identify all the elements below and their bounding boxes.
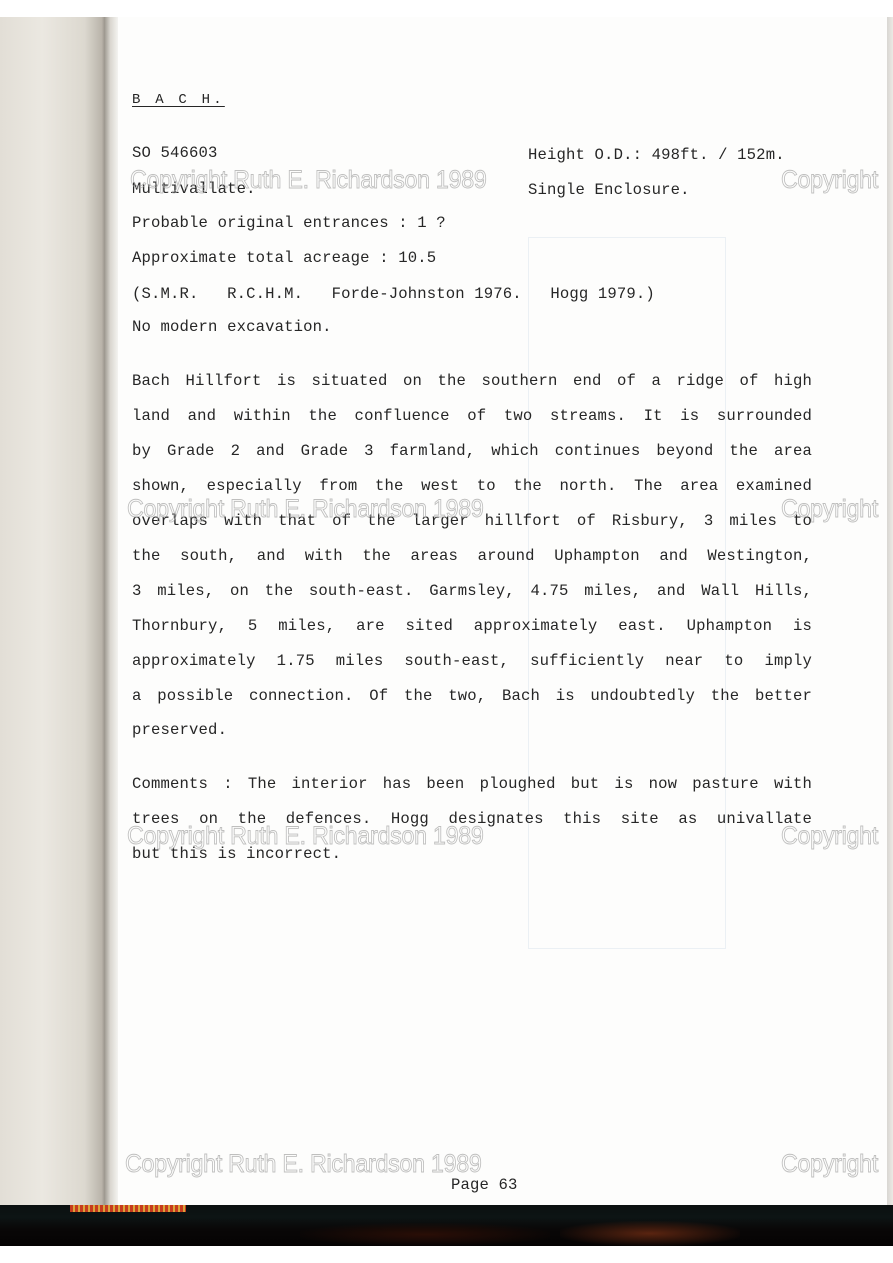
enclosure-type: Single Enclosure.: [528, 181, 690, 199]
description-line: Bach Hillfort is situated on the souther…: [132, 372, 812, 390]
grid-reference: SO 546603: [132, 144, 218, 162]
description-line: 3 miles, on the south-east. Garmsley, 4.…: [132, 582, 812, 600]
excavation-status: No modern excavation.: [132, 318, 332, 336]
height-od: Height O.D.: 498ft. / 152m.: [528, 146, 785, 164]
comments-line: Comments : The interior has been ploughe…: [132, 775, 812, 793]
copyright-watermark-partial: Copyright: [781, 495, 878, 524]
copyright-watermark: Copyright Ruth E. Richardson 1989: [127, 822, 484, 851]
acreage: Approximate total acreage : 10.5: [132, 249, 436, 267]
description-line: shown, especially from the west to the n…: [132, 477, 812, 495]
description-line: land and within the confluence of two st…: [132, 407, 812, 425]
description-line: the south, and with the areas around Uph…: [132, 547, 812, 565]
copyright-watermark-partial: Copyright: [781, 166, 878, 195]
site-title: B A C H.: [132, 92, 225, 108]
description-line: a possible connection. Of the two, Bach …: [132, 687, 812, 705]
references: (S.M.R. R.C.H.M. Forde-Johnston 1976. Ho…: [132, 285, 655, 303]
description-line: approximately 1.75 miles south-east, suf…: [132, 652, 812, 670]
copyright-watermark-partial: Copyright: [781, 822, 878, 851]
copyright-watermark: Copyright Ruth E. Richardson 1989: [130, 166, 487, 195]
description-line: preserved.: [132, 721, 812, 739]
document-page: B A C H. SO 546603 Height O.D.: 498ft. /…: [0, 0, 893, 1263]
entrances: Probable original entrances : 1 ?: [132, 214, 446, 232]
copyright-watermark: Copyright Ruth E. Richardson 1989: [127, 495, 484, 524]
copyright-watermark: Copyright Ruth E. Richardson 1989: [125, 1150, 482, 1179]
copyright-watermark-partial: Copyright: [781, 1150, 878, 1179]
description-line: by Grade 2 and Grade 3 farmland, which c…: [132, 442, 812, 460]
description-line: Thornbury, 5 miles, are sited approximat…: [132, 617, 812, 635]
